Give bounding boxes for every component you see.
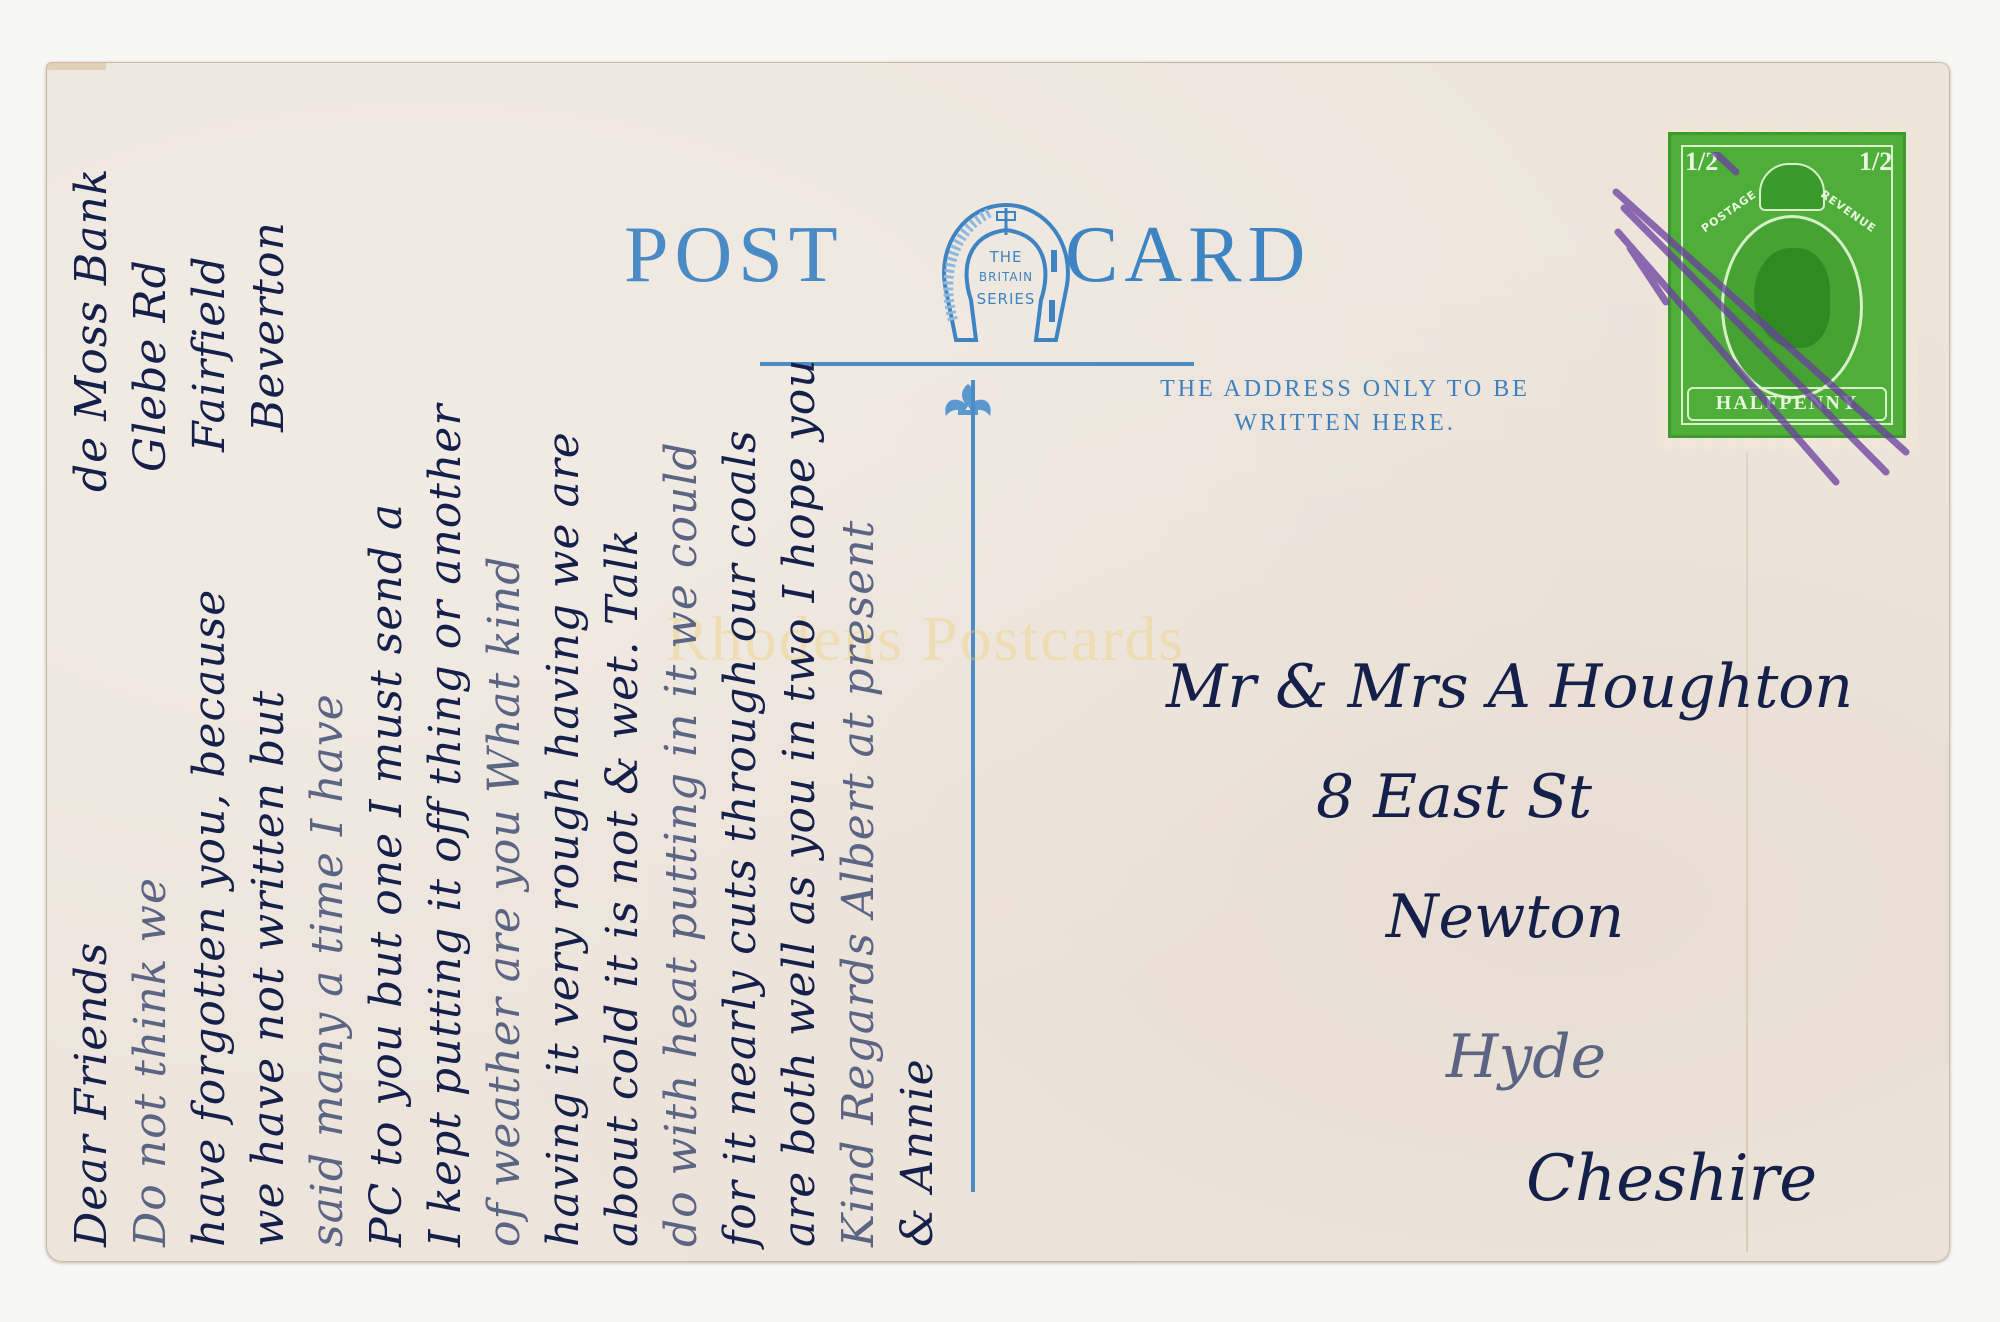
horseshoe-icon: THE BRITAIN SERIES — [931, 190, 1081, 350]
stamp-denomination-left: 1/2 — [1685, 151, 1715, 173]
crown-icon — [1759, 163, 1825, 211]
message-line-tail: de Moss Bank — [66, 168, 117, 492]
fleur-de-lis-icon — [938, 380, 998, 430]
message-line: I kept putting it off thing or another — [420, 404, 471, 1247]
message-line: of weather are you What kind — [479, 556, 530, 1247]
edge-wear — [46, 62, 106, 70]
stamp-face: 1/2 1/2 POSTAGE REVENUE HALFPENNY — [1668, 132, 1906, 438]
king-portrait — [1721, 215, 1863, 399]
message-line-tail: Beverton — [243, 221, 294, 432]
message-line: said many a time I have — [302, 693, 353, 1247]
message-line: have forgotten you, because — [184, 589, 235, 1247]
logo-line-3: SERIES — [931, 290, 1081, 308]
logo-line-2: BRITAIN — [931, 270, 1081, 284]
address-instruction-line-2: WRITTEN HERE. — [1065, 406, 1625, 440]
message-line: Do not think we — [125, 877, 176, 1247]
postage-stamp: 1/2 1/2 POSTAGE REVENUE HALFPENNY — [1656, 120, 1918, 450]
address-town: Newton — [1386, 882, 1624, 952]
card-crease — [1746, 452, 1748, 1252]
post-label: POST — [624, 210, 844, 301]
postcard-back: POST CARD THE BRITAIN SERIES THE ADDRESS… — [46, 62, 1950, 1262]
message-line: are both well as you in two I hope you — [774, 358, 825, 1247]
address-city: Hyde — [1446, 1022, 1606, 1092]
message-line: having it very rough having we are — [538, 431, 589, 1247]
message-line: we have not written but — [243, 690, 294, 1247]
message-line: PC to you but one I must send a — [361, 503, 412, 1247]
address-street: 8 East St — [1316, 762, 1592, 832]
king-head-icon — [1754, 248, 1830, 348]
message-line: Kind Regards Albert at present — [833, 520, 884, 1247]
card-label: CARD — [1065, 210, 1311, 301]
address-instruction: THE ADDRESS ONLY TO BE WRITTEN HERE. — [1065, 372, 1625, 440]
message-line: Dear Friends — [66, 942, 117, 1247]
address-county: Cheshire — [1526, 1142, 1817, 1216]
address-name: Mr & Mrs A Houghton — [1166, 652, 1853, 722]
stamp-denomination-right: 1/2 — [1859, 151, 1889, 173]
logo-line-1: THE — [931, 248, 1081, 266]
message-line-tail: Glebe Rd — [125, 259, 176, 472]
divider-horizontal — [760, 362, 1194, 366]
message-line: about cold it is not & wet. Talk — [597, 528, 648, 1247]
message-line-tail: Fairfield — [184, 255, 235, 452]
stamp-value-label: HALFPENNY — [1687, 387, 1887, 421]
message-line: & Annie — [892, 1058, 943, 1247]
divider-vertical — [971, 380, 975, 1192]
message-line: do with heat putting in it we could — [656, 441, 707, 1247]
address-instruction-line-1: THE ADDRESS ONLY TO BE — [1065, 372, 1625, 406]
message-line: for it nearly cuts through our coals — [715, 429, 766, 1247]
